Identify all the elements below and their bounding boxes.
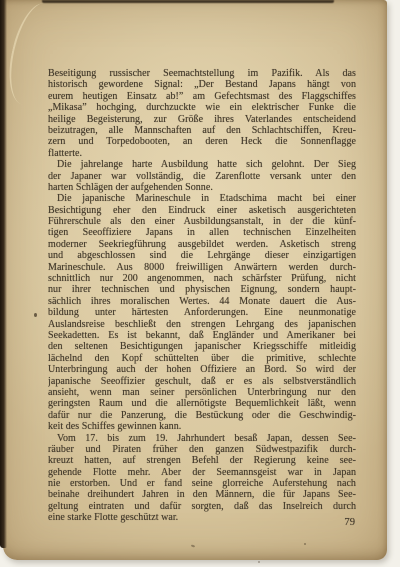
text-line: tigen Seeoffiziere Japans in allen techn… xyxy=(48,227,356,238)
text-line: beinahe dreihundert Jahren in den Männer… xyxy=(48,489,356,500)
ink-speck xyxy=(258,561,260,563)
text-line: Führerschule als den einer Ausbildungsan… xyxy=(48,216,356,227)
text-line: historisch gewordene Signal: „Der Bestan… xyxy=(48,79,356,90)
text-line: eurem heutigen Einsatz ab!” am Gefechtsm… xyxy=(48,91,356,102)
text-line: beizutragen, alle Mannschaften auf den S… xyxy=(48,125,356,136)
text-line: keit des Schiffes gewinnen kann. xyxy=(48,421,356,432)
text-line: räuber und Piraten früher den ganzen Süd… xyxy=(48,444,356,455)
adjacent-page-edge xyxy=(42,0,334,3)
text-line: flatterte. xyxy=(48,148,356,159)
text-line: japanische Seeoffizier geschult, daß er … xyxy=(48,376,356,387)
text-line: Auslandsreise beschließt den strengen Le… xyxy=(48,319,356,330)
text-line: Die japanische Marineschule in Etadschim… xyxy=(48,193,356,204)
text-line: geringsten Raum und die allernötigste Be… xyxy=(48,398,356,409)
text-line: sächlich ihres moralischen Wertes. 44 Mo… xyxy=(48,296,356,307)
text-line: Vom 17. bis zum 19. Jahrhundert besaß Ja… xyxy=(48,433,356,444)
ink-speck xyxy=(304,543,306,545)
text-line: kreuzt hatten, auf strengen Befehl der R… xyxy=(48,455,356,466)
scan-background: Beseitigung russischer Seemachtstellung … xyxy=(0,0,400,567)
text-line: harten Schlägen der aufgehenden Sonne. xyxy=(48,182,356,193)
page-text: Beseitigung russischer Seemachtstellung … xyxy=(48,68,356,524)
text-line: den seltenen Besichtigungen japanischer … xyxy=(48,341,356,352)
page-number: 79 xyxy=(48,517,355,528)
book-spine-shadow xyxy=(0,0,7,548)
text-line: und abgeschlossen sind die Lehrgänge die… xyxy=(48,250,356,261)
text-line: Besichtigung eher den Eindruck einer ask… xyxy=(48,205,356,216)
text-line: schnittlich nur 200 angenommen, nach sch… xyxy=(48,273,356,284)
text-line: „Mikasa” hochging, durchzuckte wie ein e… xyxy=(48,102,356,113)
text-line: lächelnd den Kopf schüttelten über die p… xyxy=(48,353,356,364)
text-line: zern und Torpedobooten, an deren Heck di… xyxy=(48,136,356,147)
text-line: dafür nur die Panzerung, die Bestückung … xyxy=(48,410,356,421)
text-line: Die jahrelange harte Ausbildung hatte si… xyxy=(48,159,356,170)
book-page: Beseitigung russischer Seemachtstellung … xyxy=(3,0,387,560)
text-line: nie erstorben. Und er fand seine glorrei… xyxy=(48,478,356,489)
text-line: moderner Seekriegführung ausgebildet wer… xyxy=(48,239,356,250)
text-line: geltung eintraten und dafür sorgten, daß… xyxy=(48,501,356,512)
text-line: der Japaner war vollständig, die Zarenfl… xyxy=(48,171,356,182)
text-line: Unterbringung auch der hohen Offiziere a… xyxy=(48,364,356,375)
text-line: ansieht, wenn man seiner persönlichen Un… xyxy=(48,387,356,398)
text-line: Marineschule. Aus 8000 freiwilligen Anwä… xyxy=(48,262,356,273)
text-line: nur ihrer technischen und physischen Eig… xyxy=(48,284,356,295)
ink-speck xyxy=(191,544,195,547)
text-line: bildung unter härtesten Anforderungen. E… xyxy=(48,307,356,318)
ink-speck xyxy=(34,313,37,317)
text-line: Beseitigung russischer Seemachtstellung … xyxy=(48,68,356,79)
text-line: heilige Begeisterung, zur Größe ihres Va… xyxy=(48,114,356,125)
text-line: Seekadetten. Es ist bekannt, daß Engländ… xyxy=(48,330,356,341)
text-line: gehende Flotte mehr. Aber der Seemannsge… xyxy=(48,467,356,478)
